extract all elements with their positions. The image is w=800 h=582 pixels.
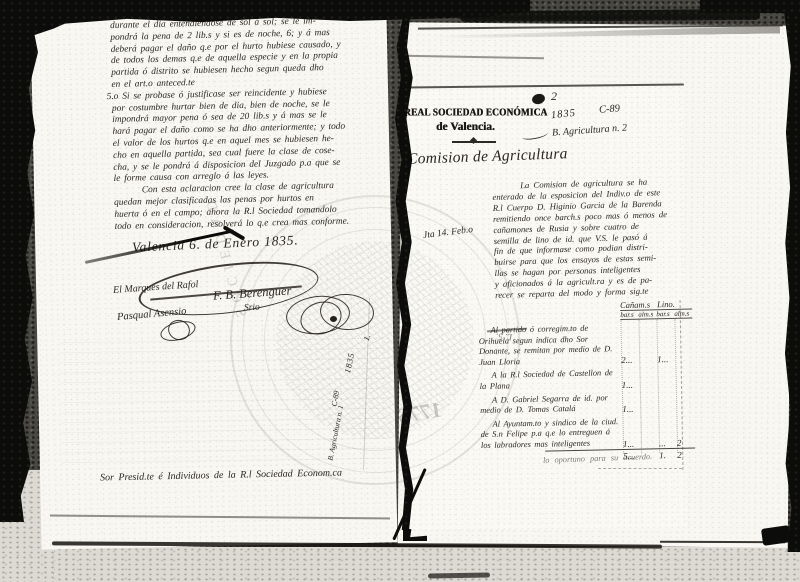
- subcol-alm: alm.s: [674, 310, 692, 318]
- letterhead-title: REAL SOCIEDAD ECONÓMICA: [404, 107, 547, 119]
- cell-value: 2: [677, 437, 695, 447]
- table-row: A la R.l Sociedad de Castellon de la Pla…: [479, 367, 695, 393]
- total-value: 1.: [659, 449, 677, 459]
- scan-bottom-strip: [0, 547, 800, 582]
- total-value: 2: [677, 449, 695, 459]
- letterhead-subtitle: de Valencia.: [436, 121, 495, 133]
- subcol-alm: alm.s: [638, 310, 656, 318]
- document-fold-bottom: [598, 468, 682, 470]
- distribution-table: Cañam.s Lino. bar.s alm.s bar.s alm.s Al…: [478, 298, 697, 463]
- cell-value: 1...: [657, 354, 675, 364]
- left-body-text: durante el dia entendiendose de sol á so…: [110, 14, 407, 233]
- row-label: A D. Gabriel Segarra de id. por medio de…: [480, 393, 622, 417]
- table-row: Al Ayuntam.to y sindico de la ciud. de S…: [480, 415, 697, 451]
- col-group-lino: Lino.: [657, 299, 692, 310]
- ink-blob: [330, 316, 337, 322]
- doc-number-note: 2: [551, 89, 557, 104]
- row-label: A la R.l Sociedad de Castellon de la Pla…: [479, 368, 621, 392]
- manuscript-scan: SOCIEDAD 1776 durante el dia entendiendo…: [0, 0, 800, 582]
- code-note: C-89: [599, 103, 621, 115]
- cell-value: 1...: [622, 379, 640, 389]
- cell-value: 2...: [621, 355, 639, 365]
- subcol-bar: bar.s: [620, 311, 638, 319]
- scan-border-top-right: [700, 0, 800, 13]
- row-label: Al Ayuntam.to y sindico de la ciud. de S…: [480, 417, 623, 452]
- cell-value: 1...: [622, 403, 640, 413]
- right-body-text: La Comision de agricultura se ha enterad…: [492, 175, 697, 301]
- table-row: A D. Gabriel Segarra de id. por medio de…: [480, 391, 696, 417]
- cell-value: 1...: [623, 438, 641, 448]
- signature-berenguer-role: Srio: [244, 303, 260, 314]
- table-row: Al partido ó corregim.to de Orihuela seg…: [478, 321, 695, 368]
- col-group-canamones: Cañam.s: [620, 299, 657, 310]
- row-label: Al partido ó corregim.to de Orihuela seg…: [478, 323, 621, 368]
- cell-value: ...: [659, 437, 677, 447]
- subcol-bar: bar.s: [656, 310, 674, 318]
